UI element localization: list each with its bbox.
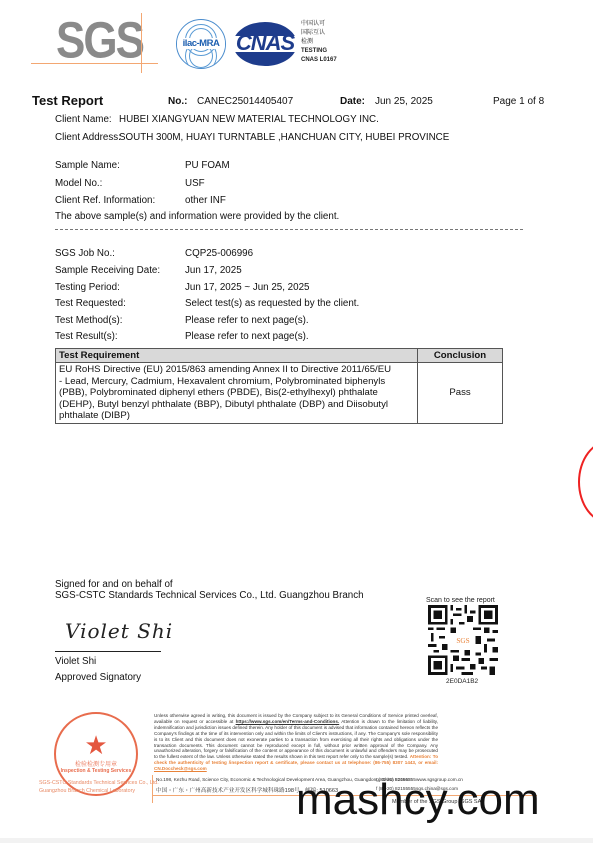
sample-note: The above sample(s) and information were…	[55, 211, 339, 222]
section-divider	[55, 229, 523, 230]
page-bottom-edge	[0, 838, 593, 843]
qr-code[interactable]: SGS	[428, 605, 498, 675]
stamp-chinese-text: 检验检测专用章	[56, 759, 136, 768]
sgs-logo: SGS	[56, 14, 143, 69]
report-date: Jun 25, 2025	[375, 96, 433, 107]
lab-name-line2: Guangzhou Branch Chemical Laboratory	[39, 788, 135, 794]
logo-rule-horizontal	[31, 63, 158, 64]
star-icon: ★	[56, 732, 136, 758]
report-date-label: Date:	[340, 96, 365, 107]
side-seal-stamp	[578, 440, 593, 524]
report-title: Test Report	[32, 93, 103, 108]
stamp-english-text: Inspection & Testing Services	[56, 768, 136, 774]
header-conclusion: Conclusion	[418, 349, 503, 363]
test-requested: Select test(s) as requested by the clien…	[185, 298, 359, 309]
doccheck-email-link[interactable]: CN.Doccheck@sgs.com	[154, 766, 207, 771]
receiving-date-label: Sample Receiving Date:	[55, 265, 160, 276]
testing-period: Jun 17, 2025 ~ Jun 25, 2025	[185, 282, 309, 293]
cnas-logo: CNAS	[233, 22, 297, 66]
signature-line	[55, 651, 161, 652]
client-address-label: Client Address:	[55, 132, 121, 143]
qr-caption: Scan to see the report	[426, 597, 495, 604]
test-result-label: Test Result(s):	[55, 331, 118, 342]
signatory-role: Approved Signatory	[55, 672, 141, 683]
testing-period-label: Testing Period:	[55, 282, 120, 293]
cnas-logo-text: CNAS	[233, 30, 297, 56]
receiving-date: Jun 17, 2025	[185, 265, 242, 276]
model-no-label: Model No.:	[55, 178, 102, 189]
test-method: Please refer to next page(s).	[185, 315, 309, 326]
qr-center-label: SGS	[456, 637, 469, 645]
lab-name-line1: SGS-CSTC Standards Technical Services Co…	[39, 780, 159, 786]
table-row: EU RoHS Directive (EU) 2015/863 amending…	[56, 363, 503, 424]
test-method-label: Test Method(s):	[55, 315, 123, 326]
signing-company: SGS-CSTC Standards Technical Services Co…	[55, 590, 364, 601]
cnas-accreditation-info: 中国认可 国际互认 检测 TESTING CNAS L0167	[301, 20, 337, 65]
ilac-mra-logo: ilac-MRA	[176, 19, 226, 69]
logo-rule-vertical	[141, 13, 142, 73]
sample-name: PU FOAM	[185, 160, 230, 171]
conclusion-cell: Pass	[418, 363, 503, 424]
client-address: SOUTH 300M, HUAYI TURNTABLE ,HANCHUAN CI…	[119, 132, 449, 143]
job-no-label: SGS Job No.:	[55, 248, 115, 259]
test-requested-label: Test Requested:	[55, 298, 126, 309]
qr-id: 2E0DA1B2	[446, 678, 478, 685]
test-result: Please refer to next page(s).	[185, 331, 309, 342]
footer-rule-vertical	[152, 775, 153, 803]
requirement-cell: EU RoHS Directive (EU) 2015/863 amending…	[56, 363, 418, 424]
report-number: CANEC25014405407	[197, 96, 293, 107]
client-name-label: Client Name:	[55, 114, 112, 125]
signatory-name: Violet Shi	[55, 656, 96, 667]
client-name: HUBEI XIANGYUAN NEW MATERIAL TECHNOLOGY …	[119, 114, 379, 125]
signed-on-behalf: Signed for and on behalf of	[55, 579, 173, 590]
watermark-text: mashcy.com	[296, 776, 540, 824]
ilac-mra-text: ilac-MRA	[177, 38, 225, 49]
test-requirement-table: Test Requirement Conclusion EU RoHS Dire…	[55, 348, 503, 424]
client-ref: other INF	[185, 195, 226, 206]
report-number-label: No.:	[168, 96, 187, 107]
table-header-row: Test Requirement Conclusion	[56, 349, 503, 363]
legal-disclaimer: Unless otherwise agreed in writing, this…	[154, 713, 438, 772]
header-test-requirement: Test Requirement	[56, 349, 418, 363]
model-no: USF	[185, 178, 205, 189]
job-no: CQP25-006996	[185, 248, 253, 259]
page-indicator: Page 1 of 8	[493, 96, 544, 107]
terms-link[interactable]: https://www.sgs.com/en/Terms-and-Conditi…	[236, 719, 340, 724]
client-ref-label: Client Ref. Information:	[55, 195, 155, 206]
signature: Violet Shi	[65, 619, 173, 643]
sample-name-label: Sample Name:	[55, 160, 120, 171]
